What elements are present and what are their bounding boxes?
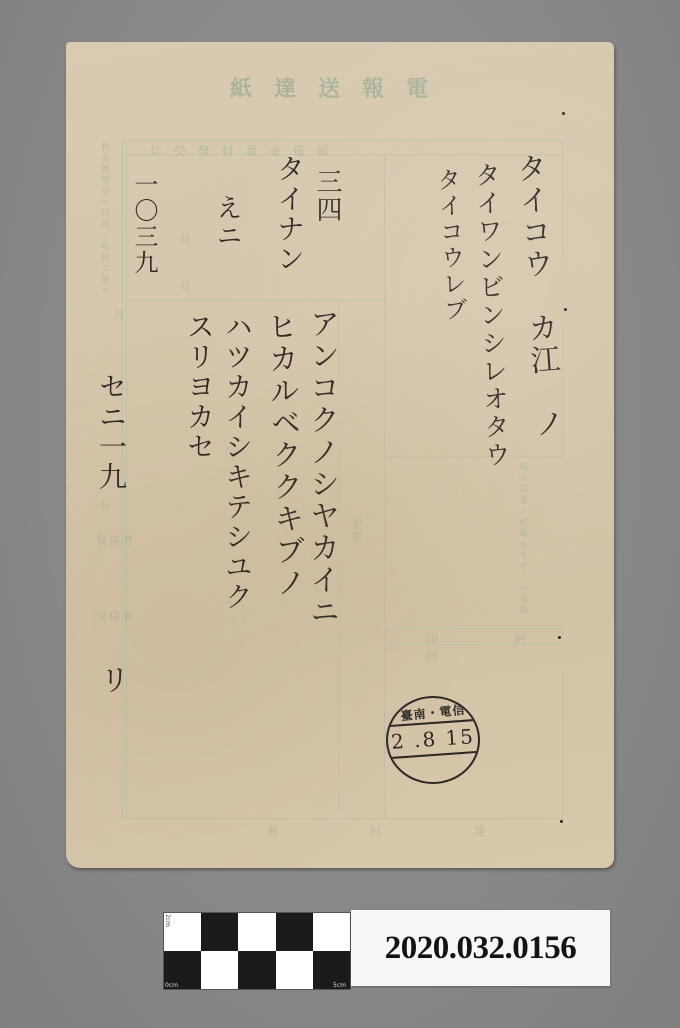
- printed-right-notes: 局名局番ノ記載ナキモノハ本局: [516, 462, 529, 632]
- form-title: 紙達送報電: [66, 72, 614, 103]
- printed-sent-mark: 發信者: [96, 532, 135, 548]
- accession-number-label: 2020.032.0156: [351, 910, 610, 986]
- form-line-seal-top: [386, 628, 562, 629]
- form-line-col-divider: [384, 154, 385, 818]
- printed-seal-row: 印 附 日: [426, 630, 614, 664]
- handwritten-address-col1: タイコウ カ江 ノ: [510, 152, 564, 442]
- scale-label-left: 0cm: [165, 982, 178, 989]
- printed-middle-note: 記事: [348, 518, 364, 544]
- scale-label-top: 2cm: [164, 914, 171, 927]
- handwritten-receiver-mark: リ: [94, 664, 128, 696]
- form-line-top: [122, 140, 562, 141]
- form-line-right-mid: [386, 456, 562, 457]
- scale-label-right: 5cm: [333, 982, 346, 989]
- telegram-delivery-form: 紙達送報電 信 受 發 料 着 金 電 報 料金割増及ヒ別段ノ取扱ニ依ル 月 日…: [66, 42, 614, 868]
- ink-speck: [558, 636, 561, 639]
- ink-speck: [564, 308, 567, 311]
- form-line-right: [562, 140, 563, 820]
- printed-minute-bottom: 分: [96, 500, 112, 513]
- scale-bar: [163, 912, 351, 990]
- postmark-stamp: 臺南・電信 2 .8 15: [386, 696, 480, 784]
- form-line-bottom: [122, 818, 562, 819]
- handwritten-number: 三四: [310, 168, 344, 224]
- handwritten-address-col2: タイワンビンシレオタウ: [470, 161, 511, 470]
- printed-minute-top: 分: [110, 308, 126, 321]
- ink-speck: [560, 820, 563, 823]
- handwritten-count: えニ: [210, 194, 244, 250]
- handwritten-address-col3: タイコウレブ: [432, 167, 468, 324]
- handwritten-message-col4: スリヨカセ: [174, 312, 224, 462]
- printed-left-notes: 料金割増及ヒ別段ノ取扱ニ依ル: [98, 142, 111, 302]
- form-line-date-box: [126, 300, 386, 301]
- handwritten-time-received: セニ一九: [92, 372, 130, 492]
- printed-day: 日: [176, 280, 192, 293]
- printed-month: 月: [176, 234, 192, 247]
- printed-received-mark: 受信者: [96, 608, 135, 624]
- ink-speck: [562, 112, 565, 115]
- printed-footer: 者 付 達: [266, 822, 530, 839]
- handwritten-origin-station: タイナン: [272, 154, 306, 274]
- postmark-date: 2 .8 15: [386, 719, 480, 760]
- handwritten-date: 一〇三九: [130, 172, 158, 276]
